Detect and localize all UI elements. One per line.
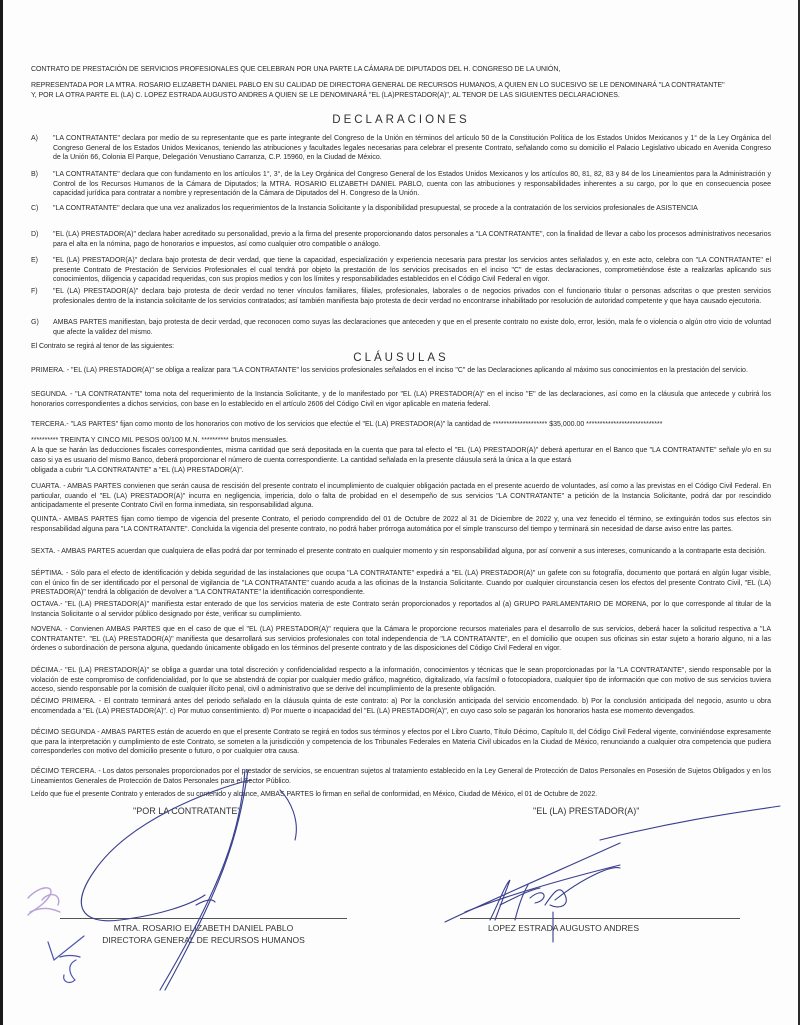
declaracion-label: G) [31, 318, 53, 337]
declaracion-e: E) "EL (LA) PRESTADOR(A)" declara bajo p… [31, 256, 771, 285]
clausula-decimo-segunda: DÉCIMO SEGUNDA - AMBAS PARTES están de a… [31, 728, 771, 757]
scan-border-left [0, 0, 3, 1025]
intro-line-2: REPRESENTADA POR LA MTRA. ROSARIO ELIZAB… [31, 81, 731, 100]
declaracion-a: A) "LA CONTRATANTE" declara por medio de… [31, 134, 771, 163]
clausula-sexta: SEXTA. - AMBAS PARTES acuerdan que cualq… [31, 547, 771, 557]
signature-title-prestador: "EL (LA) PRESTADOR(A)" [533, 806, 639, 816]
declaracion-b: B) "LA CONTRATANTE" declara que con fund… [31, 170, 771, 199]
declaracion-text: "EL (LA) PRESTADOR(A)" declara bajo prot… [53, 256, 771, 285]
clausula-decimo-tercera: DÉCIMO TERCERA. - Los datos personales p… [31, 767, 771, 786]
signature-title-contratante: "POR LA CONTRATANTE" [133, 806, 241, 816]
clausula-tercera-amount: TERCERA.- "LAS PARTES" fijan como monto … [31, 420, 771, 430]
declaracion-text: AMBAS PARTES manifiestan, bajo protesta … [53, 318, 771, 337]
clausula-decima: DÉCIMA.- "EL (LA) PRESTADOR(A)" se oblig… [31, 666, 771, 695]
clausula-tercera-detail: A la que se harán las deducciones fiscal… [31, 446, 771, 465]
clausula-tercera-end: obligada a cubrir "LA CONTRATANTE" a "EL… [31, 466, 771, 476]
signature-contratante-icon [81, 770, 296, 990]
declaracion-text: "EL (LA) PRESTADOR(A)" declara haber acr… [53, 230, 771, 249]
declaracion-c: C) "LA CONTRATANTE" declara que una vez … [31, 204, 771, 214]
declaracion-d: D) "EL (LA) PRESTADOR(A)" declara haber … [31, 230, 771, 249]
signer-role-contratante: DIRECTORA GENERAL DE RECURSOS HUMANOS [60, 935, 347, 946]
clausula-cuarta: CUARTA. - AMBAS PARTES convienen que ser… [31, 482, 771, 511]
clausulas-heading: CLÁUSULAS [31, 352, 771, 364]
clausula-decimo-primera: DÉCIMO PRIMERA. - El contrato terminará … [31, 697, 771, 716]
closing-text: Leído que fue el presente Contrato y ent… [31, 790, 771, 800]
signer-name-contratante: MTRA. ROSARIO ELIZABETH DANIEL PABLO [60, 923, 347, 934]
signature-line-right [460, 918, 740, 919]
declaracion-label: C) [31, 204, 53, 214]
clausula-octava: OCTAVA.- "EL (LA) PRESTADOR(A)" manifies… [31, 600, 771, 619]
clausula-segunda: SEGUNDA. - "LA CONTRATANTE" toma nota de… [31, 390, 771, 409]
signature-line-left [60, 918, 347, 919]
clausula-tercera-words: ********** TREINTA Y CINCO MIL PESOS 00/… [31, 436, 771, 446]
declaraciones-heading: DECLARACIONES [31, 114, 771, 126]
declaracion-f: F) "EL (LA) PRESTADOR(A)" declara bajo p… [31, 287, 771, 306]
declaracion-text: "LA CONTRATANTE" declara por medio de su… [53, 134, 771, 163]
declaracion-text: "EL (LA) PRESTADOR(A)" declara bajo prot… [53, 287, 771, 306]
declaracion-label: E) [31, 256, 53, 285]
declaracion-text: "LA CONTRATANTE" declara que una vez ana… [53, 204, 771, 214]
declaracion-g: G) AMBAS PARTES manifiestan, bajo protes… [31, 318, 771, 337]
transition-text: El Contrato se regirá al tenor de las si… [31, 342, 771, 352]
signature-prestador-icon [445, 806, 780, 942]
declaracion-label: D) [31, 230, 53, 249]
declaracion-label: F) [31, 287, 53, 306]
clausula-novena: NOVENA. - Convienen AMBAS PARTES que en … [31, 625, 771, 654]
intro-line-1: CONTRATO DE PRESTACIÓN DE SERVICIOS PROF… [31, 65, 771, 75]
declaracion-label: B) [31, 170, 53, 199]
declaracion-label: A) [31, 134, 53, 163]
initials-violet-icon [28, 888, 60, 915]
clausula-septima: SÉPTIMA. - Sólo para el efecto de identi… [31, 569, 771, 598]
clausula-quinta: QUINTA.- AMBAS PARTES fijan como tiempo … [31, 515, 771, 534]
declaracion-text: "LA CONTRATANTE" declara que con fundame… [53, 170, 771, 199]
signer-name-prestador: LOPEZ ESTRADA AUGUSTO ANDRES [488, 923, 688, 934]
clausula-primera: PRIMERA. - "EL (LA) PRESTADOR(A)" se obl… [31, 366, 771, 376]
